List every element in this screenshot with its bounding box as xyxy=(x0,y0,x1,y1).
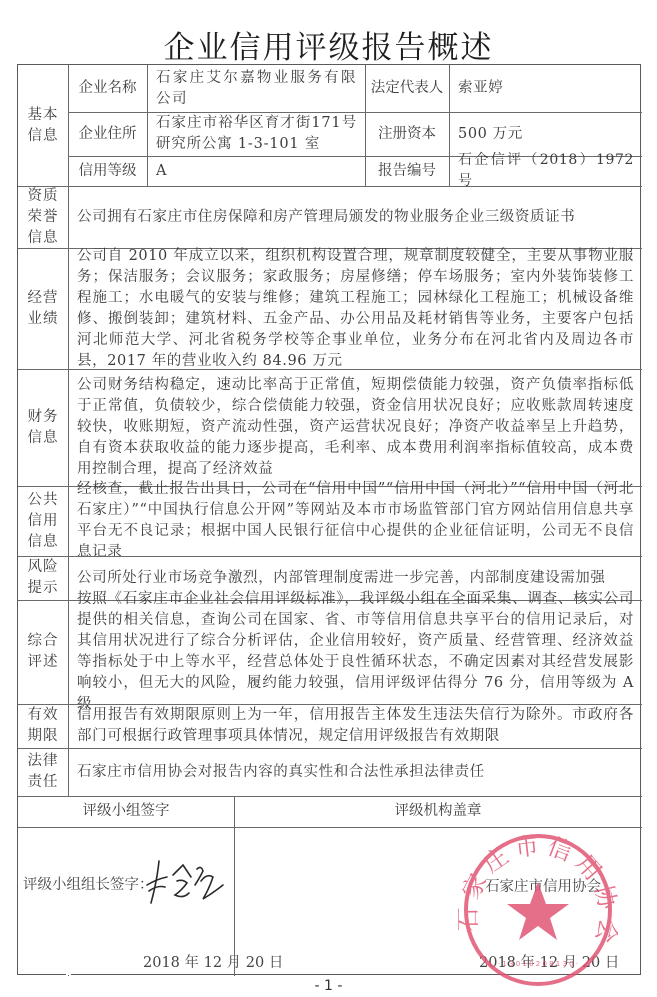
section-label-text: 财务信息 xyxy=(24,407,62,449)
section-body: 公司所处行业市场竞争激烈，内部管理制度需进一步完善，内部制度建设需加强 xyxy=(77,568,606,589)
left-sign-date: 2018 年 12 月 20 日 xyxy=(143,953,283,974)
label-text: 注册资本 xyxy=(378,124,436,145)
label-text: 报告编号 xyxy=(378,161,436,182)
label-text: 信用等级 xyxy=(79,161,137,182)
header-text: 评级机构盖章 xyxy=(395,801,482,822)
section-text-validity: 信用报告有效期限原则上为一年，信用报告主体发生违法失信行为除外。市政府各部门可根… xyxy=(68,704,642,748)
section-label-financial: 财务信息 xyxy=(18,369,68,486)
section-text-financial: 公司财务结构稳定，速动比率高于正常值，短期偿债能力较强，资产负债率指标低于正常值… xyxy=(68,369,642,486)
field-label-company-name: 企业名称 xyxy=(68,65,147,112)
section-body: 公司自 2010 年成立以来，组织机构设置合理，规章制度较健全，主要从事物业服务… xyxy=(77,246,634,372)
official-seal-stamp-icon: 石家庄市信用协会 · 1 3 0 1 0 2 0 8 1 3 0 · xyxy=(458,826,618,986)
value-text: A xyxy=(156,161,167,182)
section-body: 公司拥有石家庄市住房保障和房产管理局颁发的物业服务企业三级资质证书 xyxy=(77,207,575,228)
handwritten-signature-icon xyxy=(143,855,233,910)
section-body: 公司财务结构稳定，速动比率高于正常值，短期偿债能力较强，资产负债率指标低于正常值… xyxy=(77,375,634,480)
section-label-legal: 法律责任 xyxy=(18,748,68,796)
section-label-text: 风险提示 xyxy=(24,557,62,599)
section-label-qualification: 资质荣誉信息 xyxy=(18,186,68,248)
svg-text:· 1 3 0 1 0 2 0 8 1 3 0 ·: · 1 3 0 1 0 2 0 8 1 3 0 · xyxy=(498,960,578,968)
value-text: 石家庄市裕华区育才街171号研究所公寓 1-3-101 室 xyxy=(156,113,357,155)
page-number: - 1 - xyxy=(0,978,657,994)
label-text: 法定代表人 xyxy=(371,78,444,99)
section-text-qualification: 公司拥有石家庄市住房保障和房产管理局颁发的物业服务企业三级资质证书 xyxy=(68,186,642,248)
section-label-summary: 综合评述 xyxy=(18,600,68,704)
value-text: 索亚婷 xyxy=(458,78,503,99)
field-value-address: 石家庄市裕华区育才街171号研究所公寓 1-3-101 室 xyxy=(147,112,365,156)
section-body: 经核查，截止报告出具日，公司在“信用中国”“信用中国（河北）”“信用中国（河北石… xyxy=(77,479,634,563)
section-label-text: 有效期限 xyxy=(24,705,62,747)
section-label-text: 综合评述 xyxy=(24,631,62,673)
page-title: 企业信用评级报告概述 xyxy=(0,22,657,67)
section-label-text: 基本信息 xyxy=(24,105,62,147)
sign-header-left: 评级小组签字 xyxy=(18,796,234,827)
field-value-report-number: 石企信评（2018）1972 号 xyxy=(449,156,642,186)
label-text: 企业住所 xyxy=(79,124,137,145)
section-text-legal: 石家庄市信用协会对报告内容的真实性和合法性承担法律责任 xyxy=(68,748,642,796)
section-label-business: 经营业绩 xyxy=(18,248,68,369)
field-label-credit-grade: 信用等级 xyxy=(68,156,147,186)
field-value-legal-rep: 索亚婷 xyxy=(449,65,642,112)
section-label-validity: 有效期限 xyxy=(18,704,68,748)
section-body: 按照《石家庄市企业社会信用评级标准》，我评级小组在全面采集、调查、核实公司提供的… xyxy=(77,589,634,715)
field-label-address: 企业住所 xyxy=(68,112,147,156)
field-value-credit-grade: A xyxy=(147,156,365,186)
field-label-registered-capital: 注册资本 xyxy=(365,112,449,156)
section-text-business: 公司自 2010 年成立以来，组织机构设置合理，规章制度较健全，主要从事物业服务… xyxy=(68,248,642,369)
section-text-summary: 按照《石家庄市企业社会信用评级标准》，我评级小组在全面采集、调查、核实公司提供的… xyxy=(68,600,642,704)
value-text: 500 万元 xyxy=(458,124,523,145)
field-value-company-name: 石家庄艾尔嘉物业服务有限公司 xyxy=(147,65,365,112)
section-body: 石家庄市信用协会对报告内容的真实性和合法性承担法律责任 xyxy=(77,762,485,783)
field-label-report-number: 报告编号 xyxy=(365,156,449,186)
section-label-text: 资质荣誉信息 xyxy=(24,186,62,249)
label-text: 企业名称 xyxy=(79,78,137,99)
section-label-basic-info: 基本信息 xyxy=(18,65,68,186)
section-label-text: 公共信用信息 xyxy=(24,490,62,553)
value-text: 石家庄艾尔嘉物业服务有限公司 xyxy=(156,68,357,110)
section-body: 信用报告有效期限原则上为一年，信用报告主体发生违法失信行为除外。市政府各部门可根… xyxy=(77,705,634,747)
section-label-risk: 风险提示 xyxy=(18,556,68,600)
section-label-public-credit: 公共信用信息 xyxy=(18,486,68,556)
sign-header-right: 评级机构盖章 xyxy=(234,796,642,827)
header-text: 评级小组签字 xyxy=(83,801,170,822)
section-label-text: 经营业绩 xyxy=(24,288,62,330)
section-label-text: 法律责任 xyxy=(24,751,62,793)
section-text-public-credit: 经核查，截止报告出具日，公司在“信用中国”“信用中国（河北）”“信用中国（河北石… xyxy=(68,486,642,556)
leader-signature-label: 评级小组组长签字： xyxy=(23,875,154,896)
field-label-legal-rep: 法定代表人 xyxy=(365,65,449,112)
